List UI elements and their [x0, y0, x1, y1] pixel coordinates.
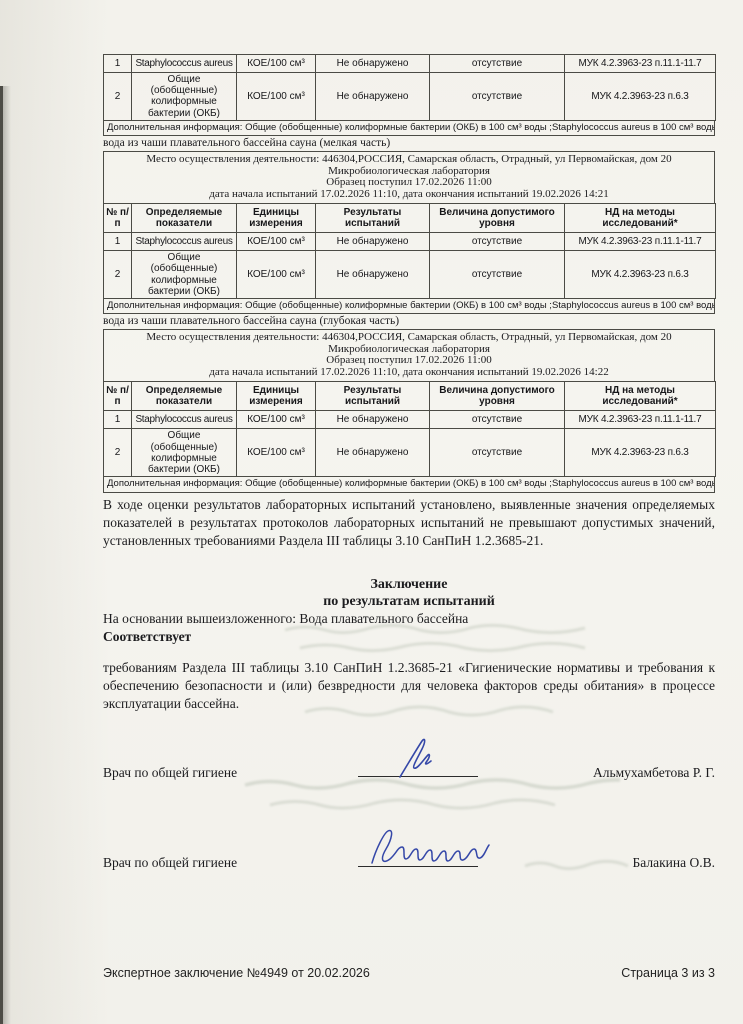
- lab-name-line: Микробиологическая лаборатория: [108, 344, 710, 356]
- cell-units: КОЕ/100 см³: [237, 73, 316, 121]
- sample-description-shallow: вода из чаши плавательного бассейна саун…: [103, 136, 715, 151]
- test-dates-line: дата начала испытаний 17.02.2026 11:10, …: [108, 367, 710, 379]
- cell-result: Не обнаружено: [316, 251, 430, 299]
- cell-allowed: отсутствие: [430, 233, 565, 251]
- header-method: НД на методы исследований*: [565, 382, 716, 411]
- verdict-line: Соответствует: [103, 628, 715, 645]
- results-table-2: № п/п Определяемые показатели Единицы из…: [103, 203, 716, 299]
- header-num: № п/п: [104, 382, 132, 411]
- basis-line: На основании вышеизложенного: Вода плава…: [103, 610, 715, 628]
- cell-method: МУК 4.2.3963-23 п.6.3: [565, 251, 716, 299]
- page-number: Страница 3 из 3: [621, 966, 715, 980]
- results-table-1: 1 Staphylococcus aureus КОЕ/100 см³ Не о…: [103, 54, 716, 121]
- header-method: НД на методы исследований*: [565, 204, 716, 233]
- signer-name: Альмухамбетова Р. Г.: [593, 765, 715, 781]
- cell-indicator: Staphylococcus aureus: [132, 55, 237, 73]
- scanned-document-page: 1 Staphylococcus aureus КОЕ/100 см³ Не о…: [0, 0, 743, 1024]
- header-units: Единицы измерения: [237, 382, 316, 411]
- signature-row-1: Врач по общей гигиене Альмухамбетова Р. …: [103, 747, 715, 781]
- signature-row-2: Врач по общей гигиене Балакина О.В.: [103, 837, 715, 871]
- table-header-row: № п/п Определяемые показатели Единицы из…: [104, 204, 716, 233]
- header-allowed: Величина допустимого уровня: [430, 382, 565, 411]
- sample-received-line: Образец поступил 17.02.2026 11:00: [108, 355, 710, 367]
- cell-num: 1: [104, 55, 132, 73]
- cell-indicator: Общие (обобщенные) колиформные бактерии …: [132, 429, 237, 477]
- cell-units: КОЕ/100 см³: [237, 251, 316, 299]
- sample-description-deep: вода из чаши плавательного бассейна саун…: [103, 314, 715, 329]
- cell-result: Не обнаружено: [316, 429, 430, 477]
- location-line: Место осуществления деятельности: 446304…: [108, 332, 710, 344]
- cell-units: КОЕ/100 см³: [237, 55, 316, 73]
- cell-num: 2: [104, 429, 132, 477]
- location-block-2: Место осуществления деятельности: 446304…: [103, 329, 715, 382]
- location-block-1: Место осуществления деятельности: 446304…: [103, 151, 715, 204]
- document-content: 1 Staphylococcus aureus КОЕ/100 см³ Не о…: [103, 55, 715, 871]
- additional-info-1: Дополнительная информация: Общие (обобще…: [103, 120, 715, 136]
- signature-ink-1: [368, 737, 458, 781]
- cell-allowed: отсутствие: [430, 411, 565, 429]
- table-row: 1 Staphylococcus aureus КОЕ/100 см³ Не о…: [104, 411, 716, 429]
- cell-allowed: отсутствие: [430, 429, 565, 477]
- test-dates-line: дата начала испытаний 17.02.2026 11:10, …: [108, 189, 710, 201]
- cell-allowed: отсутствие: [430, 55, 565, 73]
- cell-method: МУК 4.2.3963-23 п.11.1-11.7: [565, 411, 716, 429]
- header-indicator: Определяемые показатели: [132, 382, 237, 411]
- header-units: Единицы измерения: [237, 204, 316, 233]
- cell-method: МУК 4.2.3963-23 п.6.3: [565, 429, 716, 477]
- cell-result: Не обнаружено: [316, 411, 430, 429]
- additional-info-3: Дополнительная информация: Общие (обобще…: [103, 476, 715, 492]
- results-table-3: № п/п Определяемые показатели Единицы из…: [103, 381, 716, 477]
- table-row: 2 Общие (обобщенные) колиформные бактери…: [104, 73, 716, 121]
- signature-area-1: [318, 747, 533, 781]
- header-allowed: Величина допустимого уровня: [430, 204, 565, 233]
- signer-role: Врач по общей гигиене: [103, 765, 318, 781]
- signature-area-2: [318, 837, 533, 871]
- requirements-paragraph: требованиям Раздела III таблицы 3.10 Сан…: [103, 659, 715, 713]
- cell-indicator: Общие (обобщенные) колиформные бактерии …: [132, 73, 237, 121]
- cell-num: 2: [104, 251, 132, 299]
- scan-edge-gradient: [3, 86, 11, 1024]
- cell-indicator: Staphylococcus aureus: [132, 233, 237, 251]
- cell-num: 2: [104, 73, 132, 121]
- sample-received-line: Образец поступил 17.02.2026 11:00: [108, 177, 710, 189]
- conclusion-heading: Заключение по результатам испытаний: [103, 576, 715, 610]
- header-indicator: Определяемые показатели: [132, 204, 237, 233]
- cell-units: КОЕ/100 см³: [237, 411, 316, 429]
- signature-ink-2: [368, 825, 498, 871]
- cell-method: МУК 4.2.3963-23 п.11.1-11.7: [565, 55, 716, 73]
- cell-num: 1: [104, 411, 132, 429]
- cell-result: Не обнаружено: [316, 73, 430, 121]
- cell-units: КОЕ/100 см³: [237, 233, 316, 251]
- table-header-row: № п/п Определяемые показатели Единицы из…: [104, 382, 716, 411]
- header-result: Результаты испытаний: [316, 204, 430, 233]
- cell-result: Не обнаружено: [316, 55, 430, 73]
- evaluation-paragraph: В ходе оценки результатов лабораторных и…: [103, 496, 715, 550]
- lab-name-line: Микробиологическая лаборатория: [108, 166, 710, 178]
- cell-method: МУК 4.2.3963-23 п.11.1-11.7: [565, 233, 716, 251]
- expert-conclusion-number: Экспертное заключение №4949 от 20.02.202…: [103, 966, 370, 980]
- location-line: Место осуществления деятельности: 446304…: [108, 154, 710, 166]
- table-row: 2 Общие (обобщенные) колиформные бактери…: [104, 429, 716, 477]
- cell-units: КОЕ/100 см³: [237, 429, 316, 477]
- table-row: 1 Staphylococcus aureus КОЕ/100 см³ Не о…: [104, 55, 716, 73]
- table-row: 2 Общие (обобщенные) колиформные бактери…: [104, 251, 716, 299]
- cell-allowed: отсутствие: [430, 73, 565, 121]
- page-footer: Экспертное заключение №4949 от 20.02.202…: [103, 966, 715, 980]
- cell-allowed: отсутствие: [430, 251, 565, 299]
- cell-indicator: Общие (обобщенные) колиформные бактерии …: [132, 251, 237, 299]
- cell-method: МУК 4.2.3963-23 п.6.3: [565, 73, 716, 121]
- header-num: № п/п: [104, 204, 132, 233]
- additional-info-2: Дополнительная информация: Общие (обобще…: [103, 298, 715, 314]
- signer-role: Врач по общей гигиене: [103, 855, 318, 871]
- cell-indicator: Staphylococcus aureus: [132, 411, 237, 429]
- signer-name: Балакина О.В.: [633, 855, 715, 871]
- header-result: Результаты испытаний: [316, 382, 430, 411]
- cell-num: 1: [104, 233, 132, 251]
- conclusion-subtitle: по результатам испытаний: [103, 593, 715, 610]
- table-row: 1 Staphylococcus aureus КОЕ/100 см³ Не о…: [104, 233, 716, 251]
- conclusion-title: Заключение: [103, 576, 715, 593]
- cell-result: Не обнаружено: [316, 233, 430, 251]
